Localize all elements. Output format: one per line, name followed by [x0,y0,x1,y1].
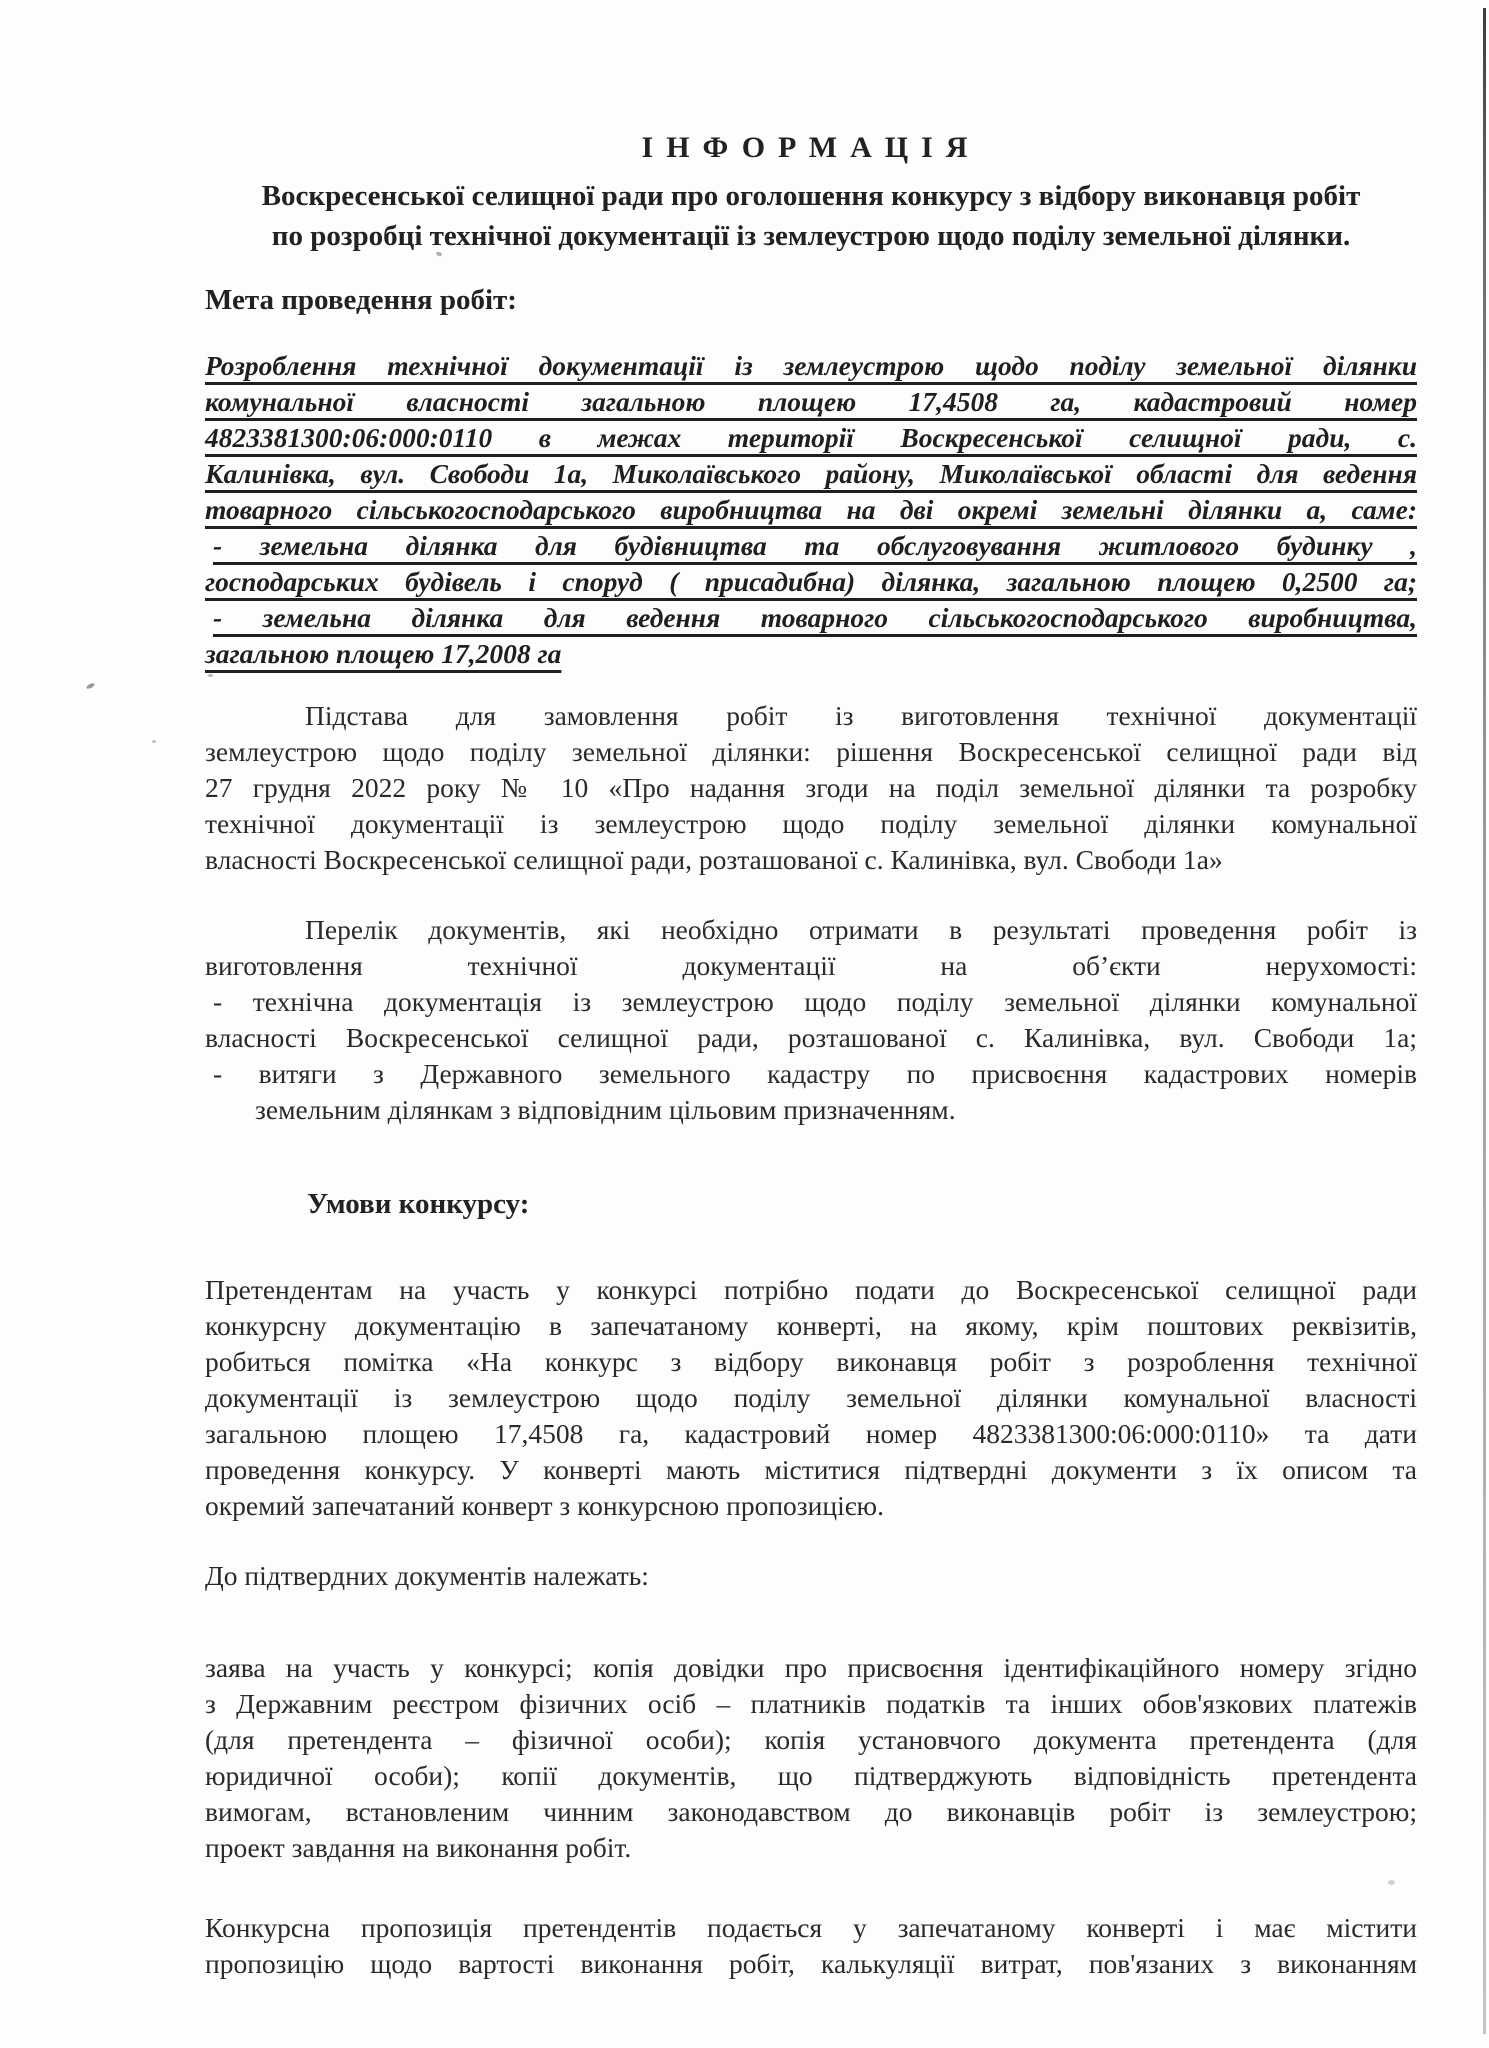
text-line: загальною площею 17,2008 га [205,636,1417,672]
text-line: земельним ділянкам з відповідним цільови… [205,1092,1417,1128]
scan-edge-line [1483,8,1486,2034]
section-heading-conditions: Умови конкурсу: [205,1186,1417,1222]
text-line: юридичної особи); копії документів, що п… [205,1758,1417,1794]
text-line: Конкурсна пропозиція претендентів подаєт… [205,1910,1417,1946]
scanned-document-page: ІНФОРМАЦІЯ Воскресенської селищної ради … [0,0,1489,2048]
document-subtitle: Воскресенської селищної ради про оголоше… [205,176,1417,256]
text-line: До підтвердних документів належать: [205,1558,1417,1594]
text-line: Калинівка, вул. Свободи 1а, Миколаївсько… [205,456,1417,492]
documents-list-paragraph: Перелік документів, які необхідно отрима… [205,912,1417,1128]
text-line: землеустрою щодо поділу земельної ділянк… [205,734,1417,770]
text-line: по розробці технічної документації із зе… [205,216,1417,256]
scan-speck [86,682,96,690]
text-line: комунальної власності загальною площею 1… [205,384,1417,420]
confirm-docs-intro: До підтвердних документів належать: [205,1558,1417,1594]
text-line: (для претендента – фізичної особи); копі… [205,1722,1417,1758]
text-line: власності Воскресенської селищної ради, … [205,1020,1417,1056]
text-line: - земельна ділянка для ведення товарного… [205,600,1417,636]
text-line: - земельна ділянка для будівництва та об… [205,528,1417,564]
text-line: конкурсну документацію в запечатаному ко… [205,1308,1417,1344]
text-line: виготовлення технічної документації на о… [205,948,1417,984]
text-line: 4823381300:06:000:0110 в межах території… [205,420,1417,456]
document-content: ІНФОРМАЦІЯ Воскресенської селищної ради … [205,118,1417,1982]
scan-speck [152,740,156,743]
conditions-paragraph: Претендентам на участь у конкурсі потріб… [205,1272,1417,1524]
text-line: загальною площею 17,4508 га, кадастровий… [205,1416,1417,1452]
text-line: 27 грудня 2022 року № 10 «Про надання зг… [205,770,1417,806]
text-line: господарських будівель і споруд ( присад… [205,564,1417,600]
text-line: проведення конкурсу. У конверті мають мі… [205,1452,1417,1488]
purpose-underlined-block: Розроблення технічної документації із зе… [205,348,1417,672]
text-line: документації із землеустрою щодо поділу … [205,1380,1417,1416]
confirm-docs-paragraph: заява на участь у конкурсі; копія довідк… [205,1650,1417,1866]
text-line: товарного сільськогосподарського виробни… [205,492,1417,528]
text-line: - витяги з Державного земельного кадастр… [205,1056,1417,1092]
text-line: технічної документації із землеустрою що… [205,806,1417,842]
text-line: пропозицію щодо вартості виконання робіт… [205,1946,1417,1982]
text-line: з Державним реєстром фізичних осіб – пла… [205,1686,1417,1722]
text-line: Воскресенської селищної ради про оголоше… [205,176,1417,216]
section-heading-purpose: Мета проведення робіт: [205,282,1417,318]
text-line: Претендентам на участь у конкурсі потріб… [205,1272,1417,1308]
basis-paragraph: Підстава для замовлення робіт із виготов… [205,698,1417,878]
text-line: Розроблення технічної документації із зе… [205,348,1417,384]
document-title: ІНФОРМАЦІЯ [205,128,1417,168]
proposal-paragraph: Конкурсна пропозиція претендентів подаєт… [205,1910,1417,1982]
text-line: окремий запечатаний конверт з конкурсною… [205,1488,1417,1524]
text-line: Підстава для замовлення робіт із виготов… [205,698,1417,734]
text-line: Перелік документів, які необхідно отрима… [205,912,1417,948]
text-line: проект завдання на виконання робіт. [205,1830,1417,1866]
text-line: вимогам, встановленим чинним законодавст… [205,1794,1417,1830]
text-line: власності Воскресенської селищної ради, … [205,842,1417,878]
text-line: - технічна документація із землеустрою щ… [205,984,1417,1020]
text-line: заява на участь у конкурсі; копія довідк… [205,1650,1417,1686]
text-line: робиться помітка «На конкурс з відбору в… [205,1344,1417,1380]
